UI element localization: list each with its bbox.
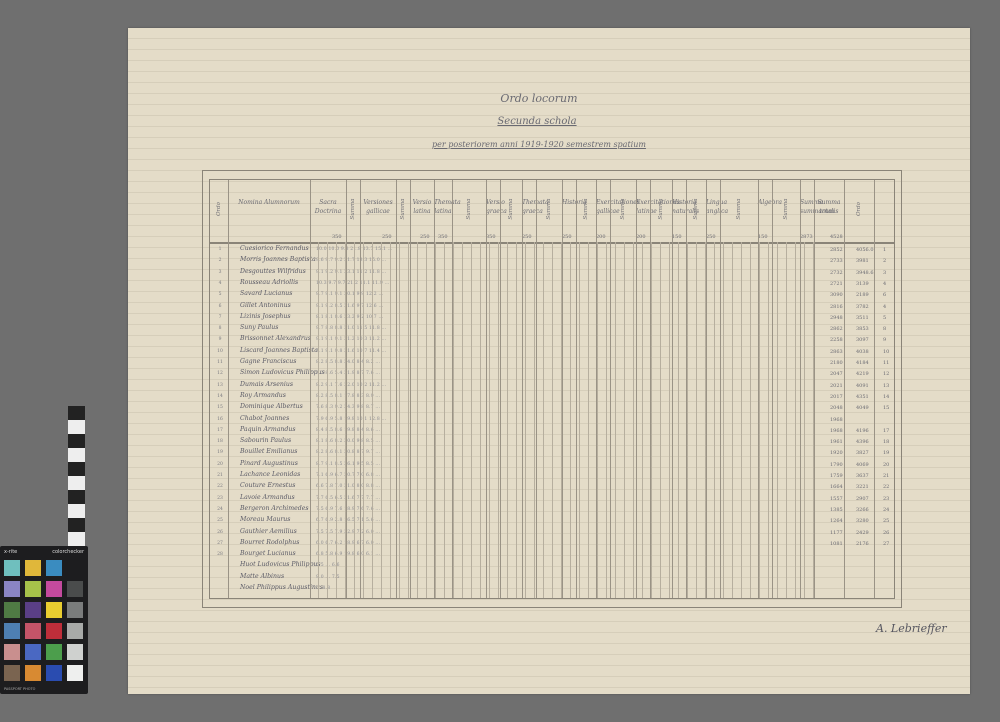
cell-rule: [606, 242, 607, 598]
cell-rule: [795, 242, 796, 598]
color-swatch: [4, 560, 20, 576]
rank: 17: [883, 428, 889, 434]
summa-totalis: 3221: [856, 484, 869, 490]
summa-totalis: 2189: [856, 292, 869, 298]
student-name: Lachance Leonidas: [240, 471, 300, 478]
student-name: Suny Paulus: [240, 324, 278, 331]
row-number: 19: [213, 450, 227, 455]
student-name: Bouillet Emilianus: [240, 448, 297, 455]
summa-summarum: 1177: [830, 530, 843, 536]
cell-rule: [516, 242, 517, 598]
column-rule: [346, 180, 347, 598]
header-max-score: 200: [636, 234, 646, 240]
grade-cells: 6.6 7.8 7.0 21.0 8.0 8.8 ...: [316, 484, 380, 489]
cell-rule: [462, 242, 463, 598]
document-page: Ordo locorum Secunda schola per posterio…: [128, 28, 970, 694]
column-rule: [410, 180, 411, 598]
gray-patch: [68, 448, 85, 462]
row-number: 16: [213, 417, 227, 422]
column-rule: [706, 180, 707, 598]
column-rule: [522, 180, 523, 598]
gray-patch: [68, 420, 85, 434]
cell-rule: [354, 242, 355, 598]
header-max-score: 250: [522, 234, 532, 240]
gray-patch: [68, 518, 85, 532]
row-number: 11: [213, 360, 227, 365]
cell-rule: [318, 242, 319, 598]
summa-totalis: 4091: [856, 383, 869, 389]
summa-totalis: 4396: [856, 439, 869, 445]
cell-rule: [768, 242, 769, 598]
rank: 10: [883, 349, 889, 355]
cell-rule: [633, 242, 634, 598]
header-max-score: 250: [382, 234, 392, 240]
cell-rule: [498, 242, 499, 598]
cell-rule: [759, 242, 760, 598]
summa-summarum: 2816: [830, 304, 843, 310]
student-name: Gauthier Aemilius: [240, 528, 297, 535]
checker-footer: PASSPORT PHOTO: [4, 687, 35, 691]
rank: 26: [883, 530, 889, 536]
color-swatch: [4, 623, 20, 639]
cell-rule: [705, 242, 706, 598]
cell-rule: [660, 242, 661, 598]
grade-cells: 8.2 8.5 8.8 24.0 8.4 8.2 ...: [316, 360, 380, 365]
cell-rule: [543, 242, 544, 598]
row-number: 2: [213, 258, 227, 263]
student-name: Matte Albinus: [240, 573, 284, 580]
rank: 3: [883, 270, 886, 276]
cell-rule: [471, 242, 472, 598]
summa-totalis: 4219: [856, 371, 869, 377]
row-number: 7: [213, 315, 227, 320]
summa-totalis: 3280: [856, 518, 869, 524]
student-name: Pinard Augustinus: [240, 460, 298, 467]
rank: 18: [883, 439, 889, 445]
header-vertical-label: Ordo: [216, 189, 222, 229]
student-name: Morris Joannes Baptista: [240, 256, 316, 263]
student-name: Rousseau Adriollis: [240, 279, 298, 286]
summa-totalis: 4184: [856, 360, 869, 366]
summa-summarum: 2852: [830, 247, 843, 253]
color-swatch: [4, 581, 20, 597]
grade-cells: 8.7 9.1 8.5 26.1 9.5 8.5 ...: [316, 462, 380, 467]
color-swatch: [46, 560, 62, 576]
color-swatch: [67, 602, 83, 618]
summa-summarum: 2721: [830, 281, 843, 287]
header-vertical-label: Summa: [693, 189, 699, 229]
grade-cells: 7.7 6.5 6.5 21.6 7.7 7.7 ...: [316, 496, 380, 501]
student-name: Savard Lucianus: [240, 290, 292, 297]
student-name: Couture Ernestus: [240, 482, 295, 489]
gray-patch: [68, 504, 85, 518]
summa-totalis: 2907: [856, 496, 869, 502]
cell-rule: [372, 242, 373, 598]
summa-summarum: 1264: [830, 518, 843, 524]
color-swatch: [25, 644, 41, 660]
column-rule: [360, 180, 361, 598]
rank: 21: [883, 473, 889, 479]
color-swatch: [46, 602, 62, 618]
summa-totalis: 4038: [856, 349, 869, 355]
column-rule: [720, 180, 721, 598]
rank: 25: [883, 518, 889, 524]
summa-totalis: 2429: [856, 530, 869, 536]
cell-rule: [750, 242, 751, 598]
student-name: Dominique Albertus: [240, 403, 303, 410]
summa-totalis: 4196: [856, 428, 869, 434]
rank: 8: [883, 326, 886, 332]
grade-cells: 7.6 8.3 9.2 24.3 9.8 8.7 ...: [316, 405, 380, 410]
color-swatch: [46, 644, 62, 660]
student-name: Liscard Joannes Baptista: [240, 347, 318, 354]
grade-cells: 7.5 7.5 7.9 22.9 7.2 6.0 ...: [316, 530, 380, 535]
summa-summarum: 1968: [830, 428, 843, 434]
cell-rule: [435, 242, 436, 598]
grade-cells: 8.4 8.5 8.6 19.8 8.4 8.6 ...: [316, 428, 380, 433]
summa-totalis: 3948.6: [856, 270, 874, 276]
summa-summarum: 2048: [830, 405, 843, 411]
student-name: Dumais Arsenius: [240, 381, 293, 388]
row-number: 26: [213, 530, 227, 535]
summa-totalis: 3981: [856, 258, 869, 264]
header-label: Nomina Alumnorum: [228, 198, 310, 207]
grade-cells: 8.2 8.6 8.1 20.8 8.7 9.7 ...: [316, 450, 380, 455]
header-max-score: 2873: [800, 234, 813, 240]
summa-summarum: 1664: [830, 484, 843, 490]
rank: 13: [883, 383, 889, 389]
row-number: 22: [213, 484, 227, 489]
cell-rule: [696, 242, 697, 598]
student-name: Huot Ludovicus Philippus: [240, 561, 321, 568]
row-number: 24: [213, 507, 227, 512]
gray-patch: [68, 462, 85, 476]
column-rule: [874, 180, 875, 598]
rank: 24: [883, 507, 889, 513]
color-swatch: [25, 623, 41, 639]
cell-rule: [507, 242, 508, 598]
gray-patch: [68, 406, 85, 420]
header-vertical-label: Summa: [400, 189, 406, 229]
cell-rule: [327, 242, 328, 598]
rank: 5: [883, 315, 886, 321]
cell-rule: [732, 242, 733, 598]
cell-rule: [813, 242, 814, 598]
cell-rule: [489, 242, 490, 598]
gray-patch: [68, 476, 85, 490]
cell-rule: [426, 242, 427, 598]
color-swatch: [67, 581, 83, 597]
cell-rule: [597, 242, 598, 598]
student-name: Paquin Armandus: [240, 426, 296, 433]
cell-rule: [552, 242, 553, 598]
header-vertical-label: Summa: [466, 189, 472, 229]
document-subtitle: Secunda schola: [116, 116, 958, 127]
rank: 1: [883, 247, 886, 253]
header-label: Algebra: [758, 198, 772, 207]
cell-rule: [669, 242, 670, 598]
color-swatch: [4, 644, 20, 660]
column-rule: [396, 180, 397, 598]
header-label: Summa summarum: [800, 198, 814, 216]
column-rule: [486, 180, 487, 598]
row-number: 1: [213, 247, 227, 252]
header-max-score: 150: [672, 234, 682, 240]
column-rule: [228, 180, 229, 598]
cell-rule: [615, 242, 616, 598]
cell-rule: [777, 242, 778, 598]
cell-rule: [741, 242, 742, 598]
header-vertical-label: Summa: [620, 189, 626, 229]
summa-totalis: 4069: [856, 462, 869, 468]
student-name: Desgouttes Wilfridus: [240, 268, 306, 275]
row-number: 18: [213, 439, 227, 444]
header-max-score: 350: [332, 234, 342, 240]
student-name: Simon Ludovicus Philippus: [240, 369, 325, 376]
cell-rule: [570, 242, 571, 598]
rank: 4: [883, 304, 886, 310]
rank: 15: [883, 405, 889, 411]
cell-rule: [444, 242, 445, 598]
signature: A. Lebrieffer: [876, 622, 947, 635]
rank: 23: [883, 496, 889, 502]
summa-totalis: 4351: [856, 394, 869, 400]
cell-rule: [525, 242, 526, 598]
color-swatch: [46, 581, 62, 597]
cell-rule: [651, 242, 652, 598]
rank: 27: [883, 541, 889, 547]
row-number: 3: [213, 270, 227, 275]
color-swatch: [67, 644, 83, 660]
rank: 22: [883, 484, 889, 490]
row-number: 20: [213, 462, 227, 467]
color-swatch: [67, 665, 83, 681]
header-label: Sacra Doctrina: [310, 198, 346, 216]
grade-cells: 8.1 8.6 8.2 20.0 9.8 8.5 ...: [316, 439, 380, 444]
header-max-score: 200: [596, 234, 606, 240]
summa-totalis: 3266: [856, 507, 869, 513]
gray-patch: [68, 532, 85, 546]
summa-summarum: 1081: [830, 541, 843, 547]
table-header: OrdoNomina AlumnorumSacra Doctrina350Sum…: [210, 180, 894, 244]
row-number: 17: [213, 428, 227, 433]
header-vertical-label: Summa: [736, 189, 742, 229]
student-name: Chabot Joannes: [240, 415, 289, 422]
student-name: Bourget Lucianus: [240, 550, 296, 557]
column-rule: [672, 180, 673, 598]
color-swatch: [46, 665, 62, 681]
header-vertical-label: Summa: [350, 189, 356, 229]
column-rule: [500, 180, 501, 598]
summa-summarum: 2862: [830, 326, 843, 332]
color-swatch: [4, 602, 20, 618]
header-label: Exercitationes gallicae: [596, 198, 610, 216]
grade-cells: 8.2 8.5 8.1 17.8 8.3 8.9 ...: [316, 394, 380, 399]
header-label: Lingua anglica: [706, 198, 720, 216]
student-name: Moreau Maurus: [240, 516, 290, 523]
cell-rule: [678, 242, 679, 598]
row-number: 13: [213, 383, 227, 388]
rank: 6: [883, 292, 886, 298]
header-max-score: 250: [562, 234, 572, 240]
summa-summarum: 2258: [830, 337, 843, 343]
color-swatch: [67, 560, 83, 576]
row-number: 9: [213, 337, 227, 342]
cell-rule: [804, 242, 805, 598]
header-label: Exercitationes latinae: [636, 198, 650, 216]
summa-summarum: 2732: [830, 270, 843, 276]
color-swatch: [4, 665, 20, 681]
student-name: Gillet Antoninus: [240, 302, 291, 309]
header-vertical-label: Summa: [546, 189, 552, 229]
summa-totalis: 3782: [856, 304, 869, 310]
color-swatch: [25, 581, 41, 597]
cell-rule: [642, 242, 643, 598]
student-name: Lizinis Josephus: [240, 313, 291, 320]
summa-summarum: 2021: [830, 383, 843, 389]
cell-rule: [336, 242, 337, 598]
column-rule: [610, 180, 611, 598]
column-rule: [576, 180, 577, 598]
cell-rule: [687, 242, 688, 598]
column-rule: [844, 180, 845, 598]
row-number: 28: [213, 552, 227, 557]
row-number: 5: [213, 292, 227, 297]
student-name: Sabourin Paulus: [240, 437, 291, 444]
header-max-score: 350: [486, 234, 496, 240]
rank: 9: [883, 337, 886, 343]
row-number: 8: [213, 326, 227, 331]
grades-table: OrdoNomina AlumnorumSacra Doctrina350Sum…: [209, 179, 895, 599]
rank: 4: [883, 281, 886, 287]
color-swatch: [25, 602, 41, 618]
summa-summarum: 3090: [830, 292, 843, 298]
header-max-score: 350: [438, 234, 448, 240]
header-vertical-label: Summa: [583, 189, 589, 229]
header-label: Versio latina: [410, 198, 434, 216]
rank: 2: [883, 258, 886, 264]
column-rule: [562, 180, 563, 598]
summa-summarum: 1961: [830, 439, 843, 445]
cell-rule: [786, 242, 787, 598]
grade-cells: 8.2 8.6 5.4 21.9 8.7 7.6 ...: [316, 371, 380, 376]
row-number: 6: [213, 304, 227, 309]
summa-summarum: 1968: [830, 417, 843, 423]
column-rule: [636, 180, 637, 598]
summa-totalis: 3827: [856, 450, 869, 456]
summa-totalis: 2176: [856, 541, 869, 547]
header-vertical-label: Summa: [508, 189, 514, 229]
cell-rule: [480, 242, 481, 598]
grade-cells: 7.1 6.9 6.7 20.7 7.0 6.8 ...: [316, 473, 380, 478]
cell-rule: [534, 242, 535, 598]
header-vertical-label: Ordo: [856, 189, 862, 229]
summa-summarum: 2180: [830, 360, 843, 366]
column-rule: [310, 180, 311, 598]
summa-totalis: 4056.0: [856, 247, 874, 253]
header-label: Versiones gallicae: [360, 198, 396, 216]
student-name: Cuesiorico Fernandus: [240, 245, 309, 252]
rank: 14: [883, 394, 889, 400]
color-swatch: [67, 623, 83, 639]
grade-cells: 6.0 6.7 6.2 18.9 6.7 6.0 ...: [316, 541, 380, 546]
cell-rule: [381, 242, 382, 598]
column-rule: [800, 180, 801, 598]
summa-summarum: 2863: [830, 349, 843, 355]
column-rule: [814, 180, 815, 598]
header-label: Themata graeca: [522, 198, 536, 216]
color-swatch: [25, 665, 41, 681]
colorchecker-label: colorchecker: [52, 549, 84, 555]
row-number: 4: [213, 281, 227, 286]
student-name: Bourret Rodolphus: [240, 539, 299, 546]
summa-totalis: 3097: [856, 337, 869, 343]
row-number: 27: [213, 541, 227, 546]
student-name: Brissonnet Alexandrus: [240, 335, 311, 342]
header-vertical-label: Summa: [783, 189, 789, 229]
cell-rule: [363, 242, 364, 598]
color-swatch: [46, 623, 62, 639]
header-max-score: 150: [758, 234, 768, 240]
row-number: 15: [213, 405, 227, 410]
student-name: Lavoie Armandus: [240, 494, 295, 501]
student-name: Roy Armandus: [240, 392, 286, 399]
header-max-score: 4528: [830, 234, 843, 240]
cell-rule: [408, 242, 409, 598]
summa-summarum: 1385: [830, 507, 843, 513]
cell-rule: [390, 242, 391, 598]
header-label: Historia naturalis: [672, 198, 686, 216]
student-name: Bergeron Archimedes: [240, 505, 309, 512]
summa-totalis: 3853: [856, 326, 869, 332]
cell-rule: [723, 242, 724, 598]
gray-patch: [68, 434, 85, 448]
header-max-score: 250: [706, 234, 716, 240]
color-checker-card: x-rite colorchecker PASSPORT PHOTO: [0, 546, 88, 694]
grade-cells: 7.5 6.9 7.6 18.9 7.6 7.6 ...: [316, 507, 380, 512]
student-name: Gagne Franciscus: [240, 358, 296, 365]
document-title: Ordo locorum: [118, 92, 960, 105]
grade-cells: 6.7 6.9 2.8 16.5 7.1 5.6 ...: [316, 518, 380, 523]
cell-rule: [561, 242, 562, 598]
cell-rule: [624, 242, 625, 598]
rank: 20: [883, 462, 889, 468]
rank: 12: [883, 371, 889, 377]
summa-summarum: 1759: [830, 473, 843, 479]
header-label: Summa totalis: [814, 198, 844, 216]
column-rule: [772, 180, 773, 598]
rank: 11: [883, 360, 889, 366]
summa-summarum: 2733: [830, 258, 843, 264]
summa-summarum: 2948: [830, 315, 843, 321]
document-period: per posteriorem anni 1919-1920 semestrem…: [118, 140, 960, 149]
header-max-score: 250: [420, 234, 430, 240]
summa-summarum: 2047: [830, 371, 843, 377]
summa-summarum: 1920: [830, 450, 843, 456]
row-number: 25: [213, 518, 227, 523]
gray-patch: [68, 490, 85, 504]
summa-totalis: 3511: [856, 315, 869, 321]
rank: 19: [883, 450, 889, 456]
grayscale-strip: [68, 406, 85, 546]
row-number: 12: [213, 371, 227, 376]
cell-rule: [417, 242, 418, 598]
row-number: 10: [213, 349, 227, 354]
column-rule: [536, 180, 537, 598]
color-swatch: [25, 560, 41, 576]
header-label: Themata latina: [434, 198, 452, 216]
header-label: Versio graeca: [486, 198, 500, 216]
